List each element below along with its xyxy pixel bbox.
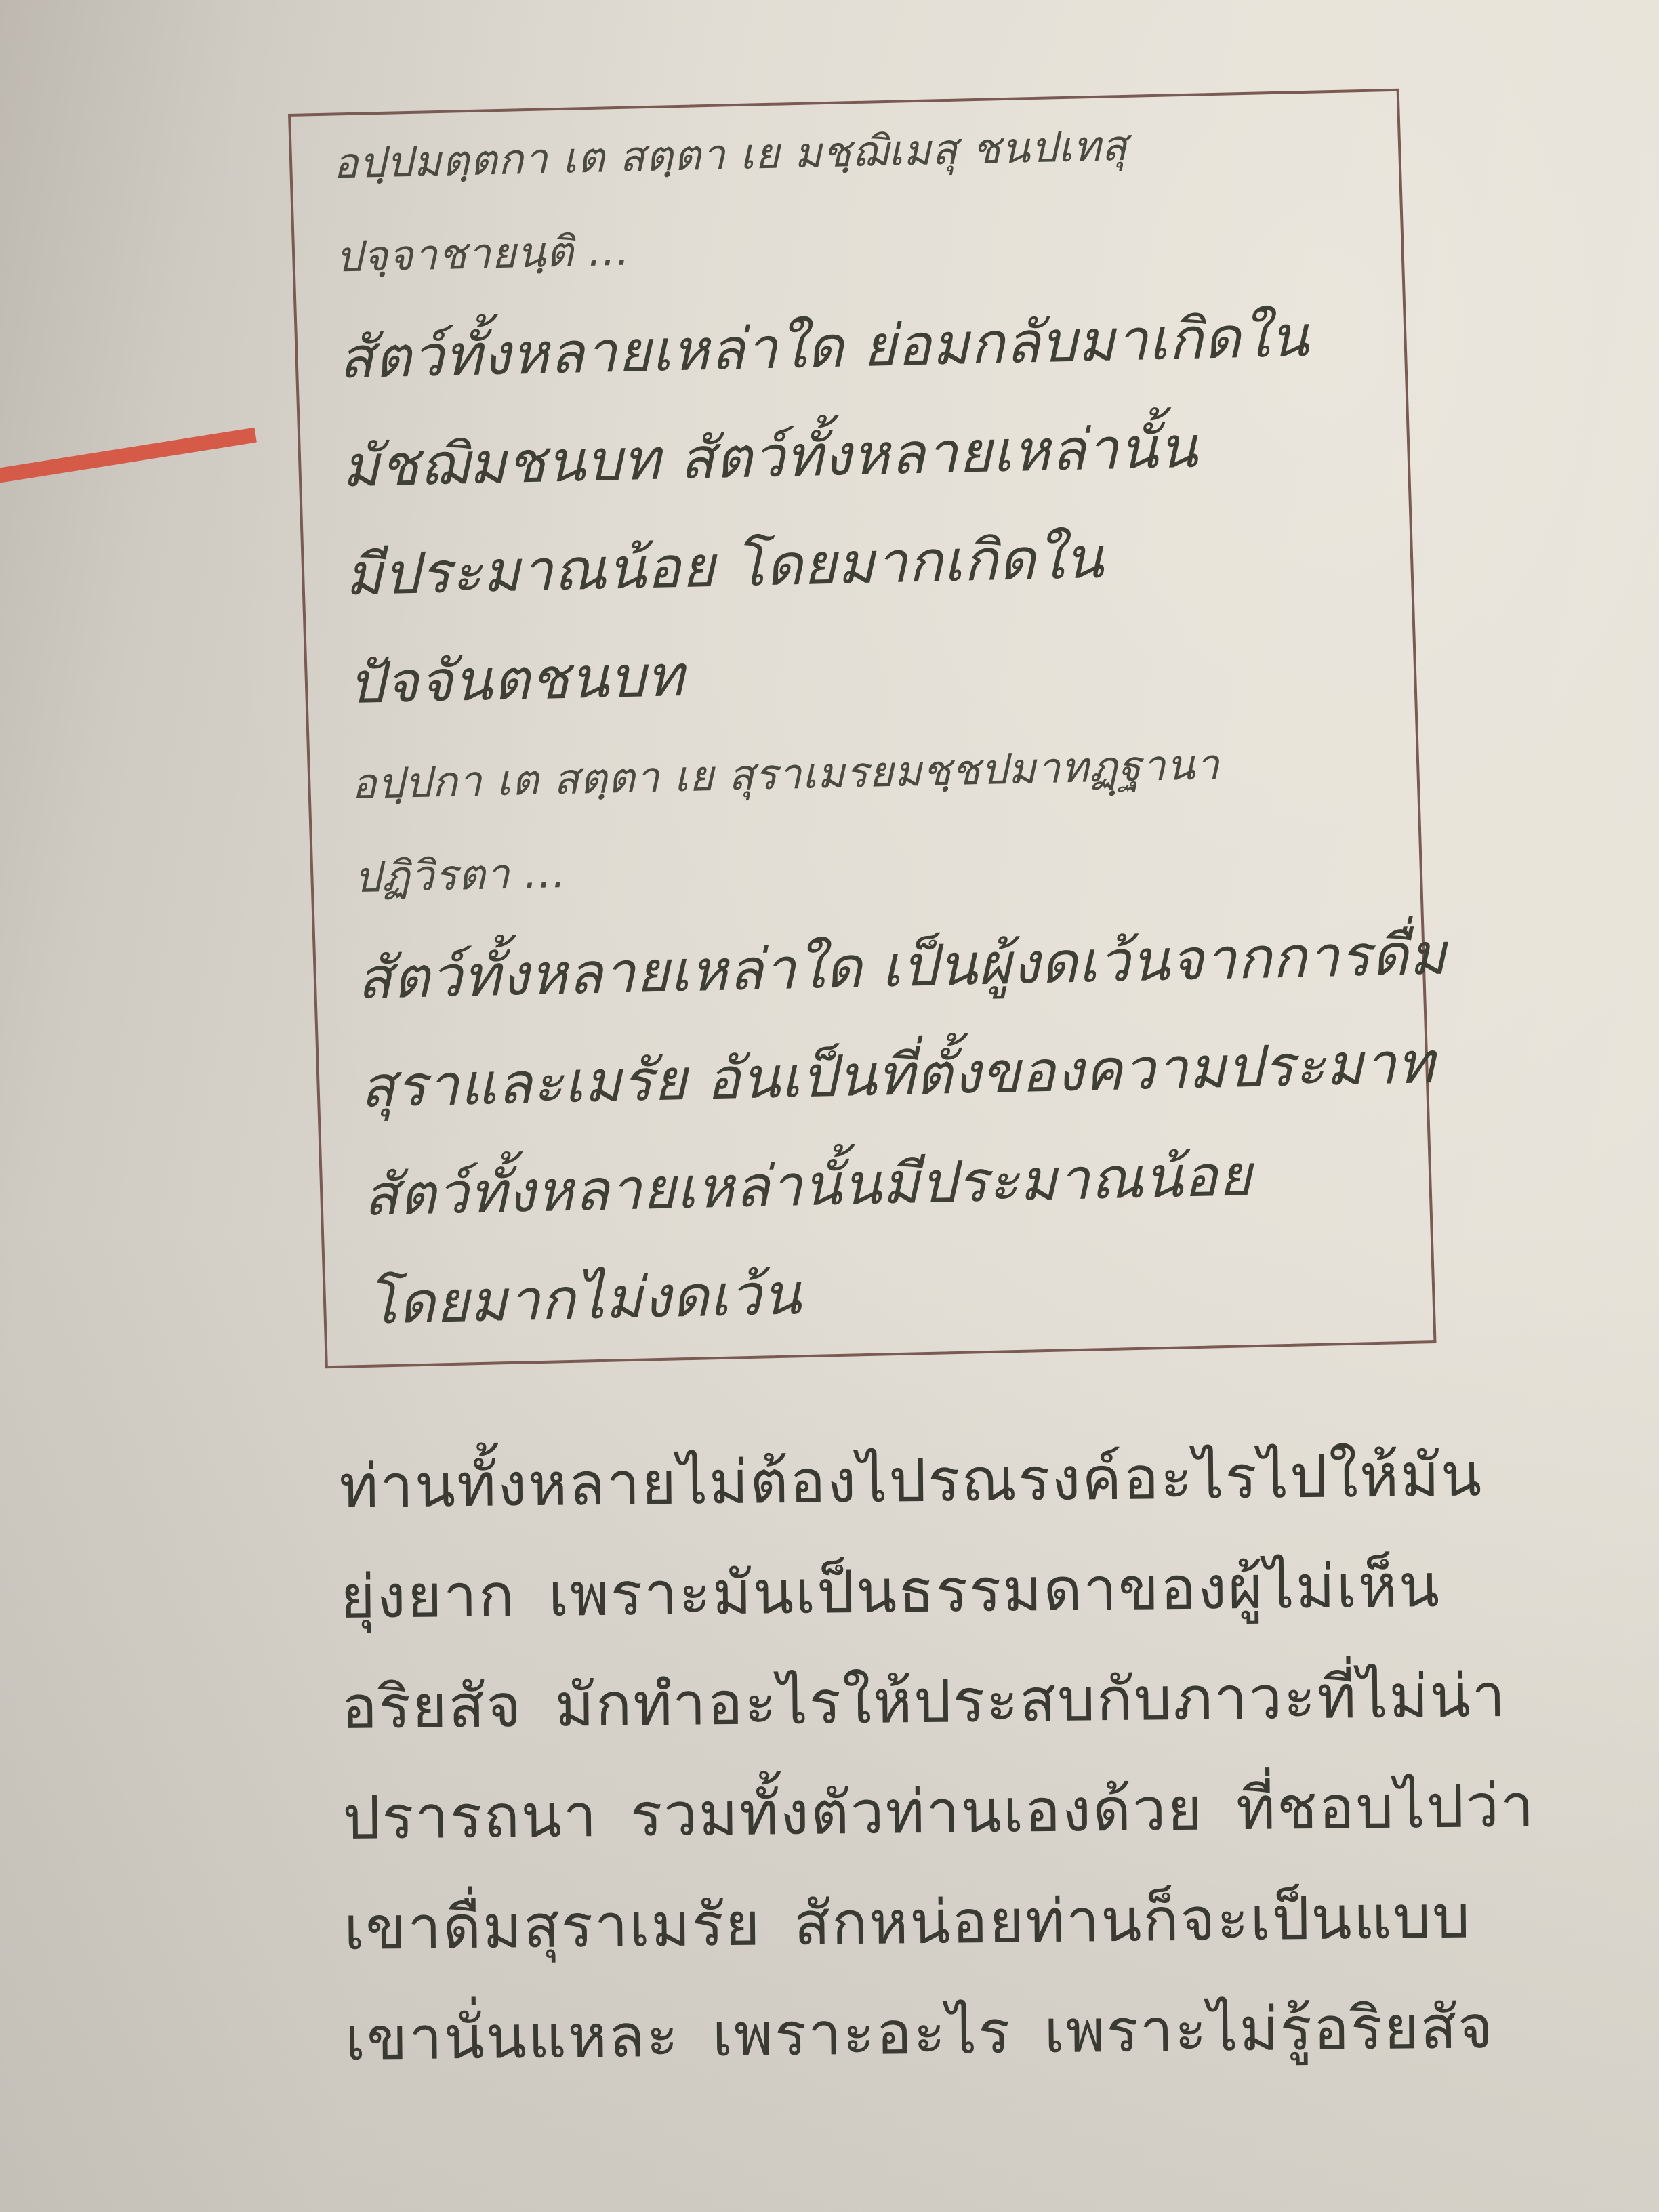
quote-lines: อปฺปมตฺตกา เต สตฺตา เย มชฺฌิเมสุ ชนปเทสุ… <box>332 119 1407 1384</box>
body-line: ยุ่งยาก เพราะมันเป็นธรรมดาของผู้ไม่เห็น <box>340 1557 1399 1678</box>
body-line: ปรารถนา รวมทั้งตัวท่านเองด้วย ที่ชอบไปว่… <box>342 1778 1401 1899</box>
red-accent-line <box>0 428 257 484</box>
body-line: เขาดื่มสุราเมรัย สักหน่อยท่านก็จะเป็นแบบ <box>344 1888 1402 2009</box>
body-line: อริยสัจ มักทำอะไรให้ประสบกับภาวะที่ไม่น่… <box>341 1667 1399 1788</box>
body-paragraph: ท่านทั้งหลายไม่ต้องไปรณรงค์อะไรไปให้มัน … <box>339 1446 1403 2120</box>
body-line: ท่านทั้งหลายไม่ต้องไปรณรงค์อะไรไปให้มัน <box>339 1446 1397 1568</box>
quote-box: อปฺปมตฺตกา เต สตฺตา เย มชฺฌิเมสุ ชนปเทสุ… <box>288 89 1437 1368</box>
thai-translation-line: โดยมากไม่งดเว้น <box>366 1252 1407 1384</box>
body-line: เขานั่นแหละ เพราะอะไร เพราะไม่รู้อริยสัจ <box>345 1999 1404 2120</box>
